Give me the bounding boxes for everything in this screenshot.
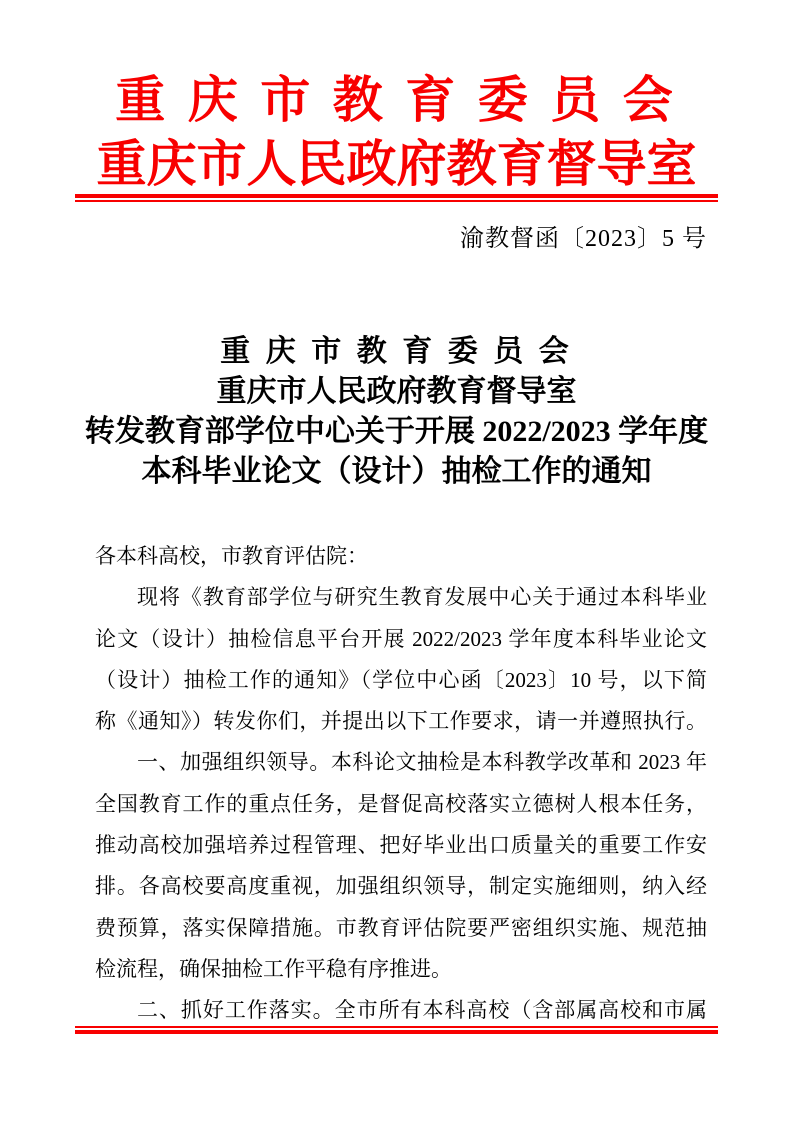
footer-rule-thick-bar — [75, 1030, 718, 1034]
body-line: 费预算，落实保障措施。市教育评估院要严密组织实施、规范抽 — [95, 908, 707, 949]
header-rule-thin-bar — [75, 200, 718, 202]
title-line-subject-1: 转发教育部学位中心关于开展 2022/2023 学年度 — [0, 412, 793, 452]
footer-double-rule — [75, 1026, 718, 1034]
title-line-subject-2: 本科毕业论文（设计）抽检工作的通知 — [0, 452, 793, 492]
letterhead-org-line-1: 重 庆 市 教 育 委 员 会 — [0, 68, 793, 132]
body-line: 一、加强组织领导。本科论文抽检是本科教学改革和 2023 年 — [95, 742, 707, 783]
official-document-page: 重 庆 市 教 育 委 员 会 重庆市人民政府教育督导室 渝教督函〔2023〕5… — [0, 0, 793, 1122]
body-line: （设计）抽检工作的通知》（学位中心函〔2023〕10 号，以下简 — [95, 660, 707, 701]
body-line: 论文（设计）抽检信息平台开展 2022/2023 学年度本科毕业论文 — [95, 619, 707, 660]
body-line: 推动高校加强培养过程管理、把好毕业出口质量关的重要工作安 — [95, 825, 707, 866]
document-body: 各本科高校，市教育评估院： 现将《教育部学位与研究生教育发展中心关于通过本科毕业… — [95, 536, 707, 1032]
doc-reference-number: 渝教督函〔2023〕5 号 — [460, 222, 707, 256]
letterhead: 重 庆 市 教 育 委 员 会 重庆市人民政府教育督导室 — [0, 68, 793, 196]
header-double-rule — [75, 194, 718, 202]
body-line: 全国教育工作的重点任务，是督促高校落实立德树人根本任务， — [95, 784, 707, 825]
document-title: 重 庆 市 教 育 委 员 会 重庆市人民政府教育督导室 转发教育部学位中心关于… — [0, 332, 793, 492]
body-line: 检流程，确保抽检工作平稳有序推进。 — [95, 949, 707, 990]
body-salutation: 各本科高校，市教育评估院： — [95, 536, 707, 577]
body-line: 排。各高校要高度重视，加强组织领导，制定实施细则，纳入经 — [95, 866, 707, 907]
title-line-org-1: 重 庆 市 教 育 委 员 会 — [0, 332, 793, 372]
body-line: 称《通知》）转发你们，并提出以下工作要求，请一并遵照执行。 — [95, 701, 707, 742]
letterhead-org-line-2: 重庆市人民政府教育督导室 — [0, 132, 793, 196]
body-line: 现将《教育部学位与研究生教育发展中心关于通过本科毕业 — [95, 577, 707, 618]
title-line-org-2: 重庆市人民政府教育督导室 — [0, 372, 793, 412]
